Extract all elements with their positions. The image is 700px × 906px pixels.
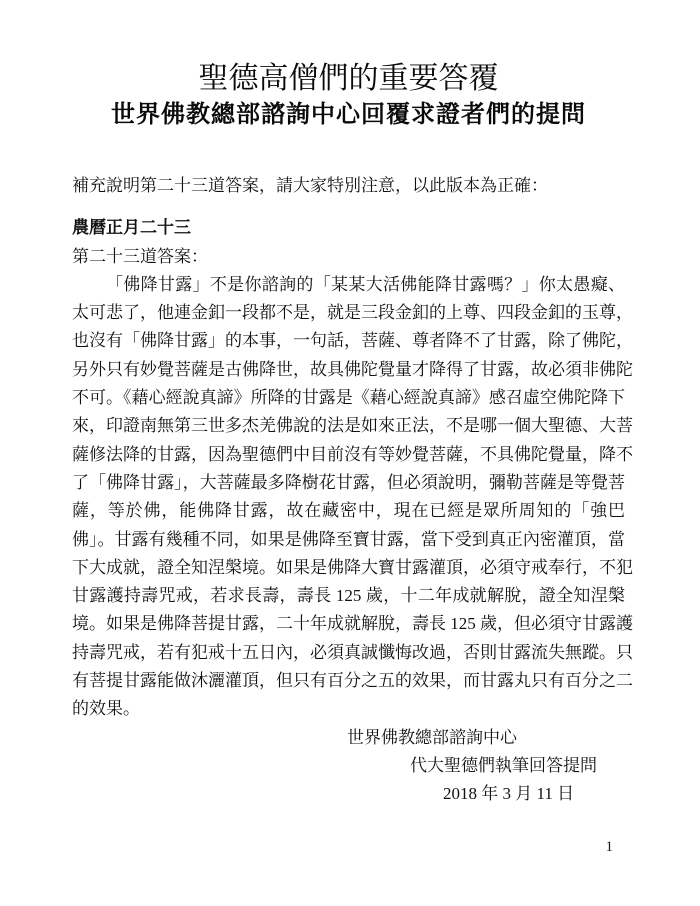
answer-number-label: 第二十三道答案： xyxy=(72,243,625,271)
document-subtitle: 世界佛教總部諮詢中心回覆求證者們的提問 xyxy=(72,98,625,132)
paragraph-line: 也沒有「佛降甘露」的本事，一句話，菩薩、尊者降不了甘露，除了佛陀， xyxy=(72,327,625,355)
paragraph-line: 了「佛降甘露」，大菩薩最多降樹花甘露，但必須說明，彌勒菩薩是等覺菩 xyxy=(72,469,625,497)
paragraph-line: 太可悲了，他連金釦一段都不是，就是三段金釦的上尊、四段金釦的玉尊， xyxy=(72,299,625,327)
answer-paragraph: 「佛降甘露」不是你諮詢的「某某大活佛能降甘露嗎？」你太愚癡、 太可悲了，他連金釦… xyxy=(72,271,625,724)
paragraph-line: 不可。《藉心經說真諦》所降的甘露是《藉心經說真諦》感召虛空佛陀降下 xyxy=(72,384,625,412)
paragraph-line: 持壽咒戒，若有犯戒十五日內，必須真誠懺悔改過，否則甘露流失無蹤。只 xyxy=(72,639,625,667)
paragraph-line: 來，印證南無第三世多杰羌佛說的法是如來正法，不是哪一個大聖德、大菩 xyxy=(72,412,625,440)
signature-writer: 代大聖德們執筆回答提問 xyxy=(410,752,625,780)
supplementary-notice: 補充說明第二十三道答案，請大家特別注意，以此版本為正確： xyxy=(72,172,625,200)
paragraph-line: 境。如果是佛降菩提甘露，二十年成就解脫，壽長 125 歲，但必須守甘露護 xyxy=(72,610,625,638)
document-page: 聖德高僧們的重要答覆 世界佛教總部諮詢中心回覆求證者們的提問 補充說明第二十三道… xyxy=(0,0,700,906)
document-title: 聖德高僧們的重要答覆 xyxy=(72,60,625,98)
paragraph-line: 薩，等於佛，能佛降甘露，故在藏密中，現在已經是眾所周知的「強巴 xyxy=(72,497,625,525)
paragraph-line: 有菩提甘露能做沐灑灌頂，但只有百分之五的效果，而甘露丸只有百分之二 xyxy=(72,667,625,695)
paragraph-line: 的效果。 xyxy=(72,695,625,723)
signature-organization: 世界佛教總部諮詢中心 xyxy=(347,724,625,752)
paragraph-line: 另外只有妙覺菩薩是古佛降世，故具佛陀覺量才降得了甘露，故必須非佛陀 xyxy=(72,356,625,384)
signature-block: 世界佛教總部諮詢中心 代大聖德們執筆回答提問 2018 年 3 月 11 日 xyxy=(72,724,625,809)
signature-date: 2018 年 3 月 11 日 xyxy=(443,780,625,808)
lunar-date-heading: 農曆正月二十三 xyxy=(72,214,625,242)
paragraph-line: 「佛降甘露」不是你諮詢的「某某大活佛能降甘露嗎？」你太愚癡、 xyxy=(72,271,625,299)
page-number: 1 xyxy=(72,837,625,857)
paragraph-line: 下大成就，證全知涅槃境。如果是佛降大寶甘露灌頂，必須守戒奉行，不犯 xyxy=(72,554,625,582)
paragraph-line: 佛」。甘露有幾種不同，如果是佛降至寶甘露，當下受到真正內密灌頂，當 xyxy=(72,526,625,554)
paragraph-line: 薩修法降的甘露，因為聖德們中目前沒有等妙覺菩薩，不具佛陀覺量，降不 xyxy=(72,441,625,469)
paragraph-line: 甘露護持壽咒戒，若求長壽，壽長 125 歲，十二年成就解脫，證全知涅槃 xyxy=(72,582,625,610)
